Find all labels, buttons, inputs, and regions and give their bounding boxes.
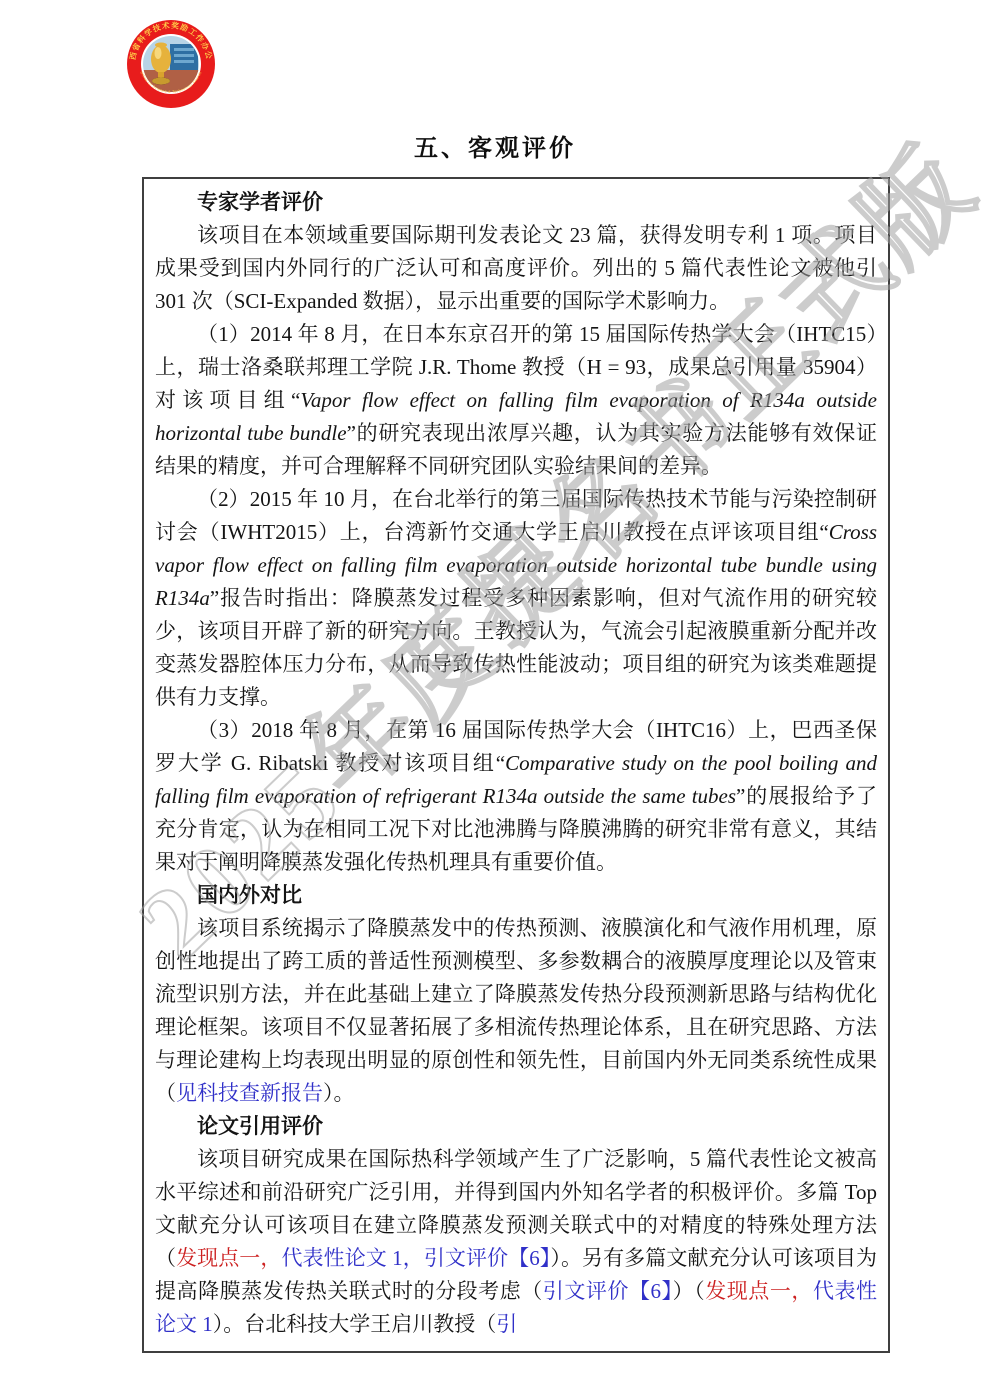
expert-intro-text: 该项目在本领域重要国际期刊发表论文 23 篇，获得发明专利 1 项。项目成果受到…	[155, 223, 877, 313]
citation-text-4: ）。台北科技大学王启川教授（	[213, 1312, 497, 1336]
seal-logo-svg: 陕西省科学技术奖励工作办公室 Office Of Science & Techn…	[126, 19, 216, 109]
novelty-report-link[interactable]: 见科技查新报告	[176, 1081, 323, 1105]
paragraph-citation-body: 该项目研究成果在国际热科学领域产生了广泛影响，5 篇代表性论文被高水平综述和前沿…	[155, 1143, 877, 1341]
paragraph-expert-intro: 该项目在本领域重要国际期刊发表论文 23 篇，获得发明专利 1 项。项目成果受到…	[155, 219, 877, 318]
citation-text-3: ）（	[673, 1279, 706, 1303]
paragraph-comparison-body: 该项目系统揭示了降膜蒸发中的传热预测、液膜演化和气液作用机理，原创性地提出了跨工…	[155, 912, 877, 1110]
citation-finding-ref-1: 发现点一，	[176, 1246, 281, 1270]
item2-text-pre: （2）2015 年 10 月，在台北举行的第三届国际传热技术节能与污染控制研讨会…	[155, 487, 877, 544]
section-heading-expert: 专家学者评价	[155, 186, 877, 219]
citation-eval-link-2[interactable]: 引文评价【6】	[543, 1279, 673, 1303]
citation-paper-link-1[interactable]: 代表性论文 1，引文评价【6】	[281, 1246, 550, 1270]
paragraph-expert-item3: （3）2018 年 8 月，在第 16 届国际传热学大会（IHTC16）上，巴西…	[155, 714, 877, 879]
seal-logo: 陕西省科学技术奖励工作办公室 Office Of Science & Techn…	[126, 19, 216, 109]
citation-link-cut[interactable]: 引	[496, 1312, 517, 1336]
paragraph-expert-item1: （1）2014 年 8 月，在日本东京召开的第 15 届国际传热学大会（IHTC…	[155, 318, 877, 483]
section-heading-citation: 论文引用评价	[155, 1110, 877, 1143]
item2-text-post: ”报告时指出：降膜蒸发过程受多种因素影响，但对气流作用的研究较少，该项目开辟了新…	[155, 586, 877, 709]
evaluation-box: 专家学者评价 该项目在本领域重要国际期刊发表论文 23 篇，获得发明专利 1 项…	[142, 177, 890, 1353]
document-page: 陕西省科学技术奖励工作办公室 Office Of Science & Techn…	[0, 0, 990, 1399]
paragraph-expert-item2: （2）2015 年 10 月，在台北举行的第三届国际传热技术节能与污染控制研讨会…	[155, 483, 877, 714]
section-heading-comparison: 国内外对比	[155, 879, 877, 912]
comparison-text-post: ）。	[323, 1081, 355, 1105]
comparison-text-pre: 该项目系统揭示了降膜蒸发中的传热预测、液膜演化和气液作用机理，原创性地提出了跨工…	[155, 916, 877, 1105]
citation-finding-ref-2: 发现点一，	[705, 1279, 813, 1303]
page-title: 五、客观评价	[0, 128, 990, 163]
